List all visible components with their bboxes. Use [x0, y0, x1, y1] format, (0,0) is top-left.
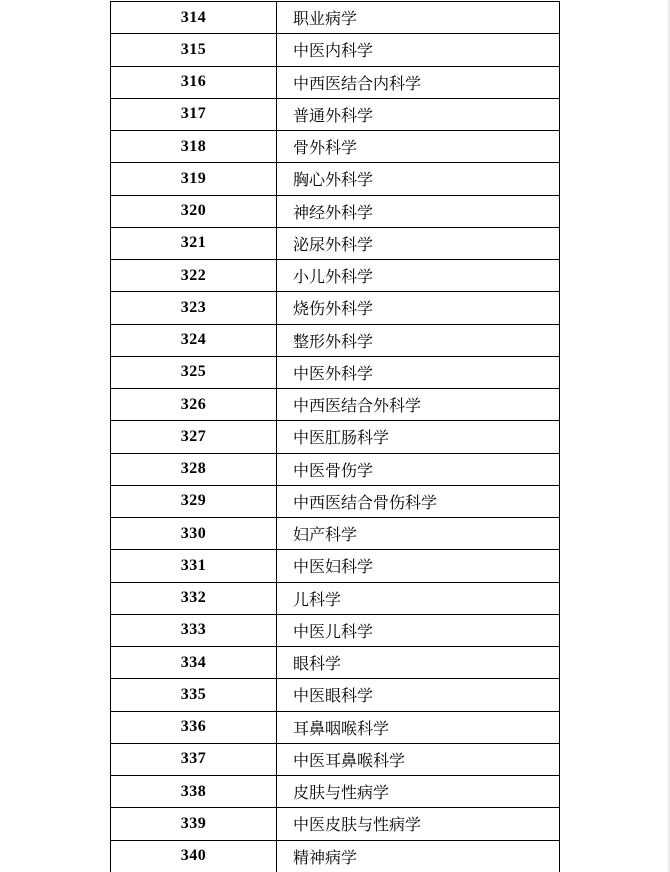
name-cell: 烧伤外科学	[277, 292, 560, 324]
name-cell: 耳鼻咽喉科学	[277, 711, 560, 743]
name-cell: 小儿外科学	[277, 260, 560, 292]
name-cell: 精神病学	[277, 840, 560, 872]
table-row: 331 中医妇科学	[111, 550, 560, 582]
code-cell: 332	[111, 582, 277, 614]
table-row: 339 中医皮肤与性病学	[111, 808, 560, 840]
name-cell: 中医儿科学	[277, 614, 560, 646]
table-row: 315 中医内科学	[111, 34, 560, 66]
table-row: 318 骨外科学	[111, 131, 560, 163]
code-cell: 337	[111, 743, 277, 775]
name-cell: 中医骨伤学	[277, 453, 560, 485]
table-body: 314 职业病学 315 中医内科学 316 中西医结合内科学 317 普通外科…	[111, 2, 560, 872]
code-cell: 333	[111, 614, 277, 646]
code-cell: 317	[111, 98, 277, 130]
table-row: 322 小儿外科学	[111, 260, 560, 292]
code-cell: 340	[111, 840, 277, 872]
specialty-code-table: 314 职业病学 315 中医内科学 316 中西医结合内科学 317 普通外科…	[110, 1, 560, 872]
table-row: 321 泌尿外科学	[111, 227, 560, 259]
name-cell: 中西医结合骨伤科学	[277, 485, 560, 517]
table-row: 325 中医外科学	[111, 356, 560, 388]
code-cell: 324	[111, 324, 277, 356]
table-row: 334 眼科学	[111, 647, 560, 679]
table-row: 316 中西医结合内科学	[111, 66, 560, 98]
code-cell: 335	[111, 679, 277, 711]
code-cell: 331	[111, 550, 277, 582]
name-cell: 胸心外科学	[277, 163, 560, 195]
name-cell: 骨外科学	[277, 131, 560, 163]
name-cell: 儿科学	[277, 582, 560, 614]
code-cell: 314	[111, 2, 277, 34]
table-row: 332 儿科学	[111, 582, 560, 614]
code-cell: 336	[111, 711, 277, 743]
name-cell: 中医外科学	[277, 356, 560, 388]
name-cell: 职业病学	[277, 2, 560, 34]
table-row: 330 妇产科学	[111, 518, 560, 550]
table-row: 314 职业病学	[111, 2, 560, 34]
code-cell: 334	[111, 647, 277, 679]
code-cell: 320	[111, 195, 277, 227]
code-cell: 328	[111, 453, 277, 485]
name-cell: 妇产科学	[277, 518, 560, 550]
table-row: 319 胸心外科学	[111, 163, 560, 195]
table-row: 323 烧伤外科学	[111, 292, 560, 324]
document-page: 314 职业病学 315 中医内科学 316 中西医结合内科学 317 普通外科…	[0, 0, 670, 872]
table-row: 326 中西医结合外科学	[111, 389, 560, 421]
table-row: 340 精神病学	[111, 840, 560, 872]
code-cell: 323	[111, 292, 277, 324]
name-cell: 中医妇科学	[277, 550, 560, 582]
name-cell: 泌尿外科学	[277, 227, 560, 259]
table-row: 337 中医耳鼻喉科学	[111, 743, 560, 775]
code-cell: 316	[111, 66, 277, 98]
name-cell: 整形外科学	[277, 324, 560, 356]
name-cell: 神经外科学	[277, 195, 560, 227]
name-cell: 眼科学	[277, 647, 560, 679]
table-row: 335 中医眼科学	[111, 679, 560, 711]
name-cell: 中医眼科学	[277, 679, 560, 711]
table-row: 324 整形外科学	[111, 324, 560, 356]
table-row: 317 普通外科学	[111, 98, 560, 130]
table-row: 336 耳鼻咽喉科学	[111, 711, 560, 743]
name-cell: 皮肤与性病学	[277, 776, 560, 808]
code-cell: 321	[111, 227, 277, 259]
code-cell: 315	[111, 34, 277, 66]
table-row: 333 中医儿科学	[111, 614, 560, 646]
code-cell: 327	[111, 421, 277, 453]
code-cell: 339	[111, 808, 277, 840]
name-cell: 中医内科学	[277, 34, 560, 66]
table-row: 320 神经外科学	[111, 195, 560, 227]
name-cell: 中西医结合外科学	[277, 389, 560, 421]
code-cell: 325	[111, 356, 277, 388]
name-cell: 中西医结合内科学	[277, 66, 560, 98]
table-row: 338 皮肤与性病学	[111, 776, 560, 808]
table-row: 328 中医骨伤学	[111, 453, 560, 485]
name-cell: 中医皮肤与性病学	[277, 808, 560, 840]
name-cell: 中医耳鼻喉科学	[277, 743, 560, 775]
code-cell: 326	[111, 389, 277, 421]
code-cell: 338	[111, 776, 277, 808]
name-cell: 普通外科学	[277, 98, 560, 130]
code-cell: 322	[111, 260, 277, 292]
table-row: 327 中医肛肠科学	[111, 421, 560, 453]
code-cell: 329	[111, 485, 277, 517]
name-cell: 中医肛肠科学	[277, 421, 560, 453]
code-cell: 319	[111, 163, 277, 195]
table-row: 329 中西医结合骨伤科学	[111, 485, 560, 517]
code-cell: 330	[111, 518, 277, 550]
code-cell: 318	[111, 131, 277, 163]
